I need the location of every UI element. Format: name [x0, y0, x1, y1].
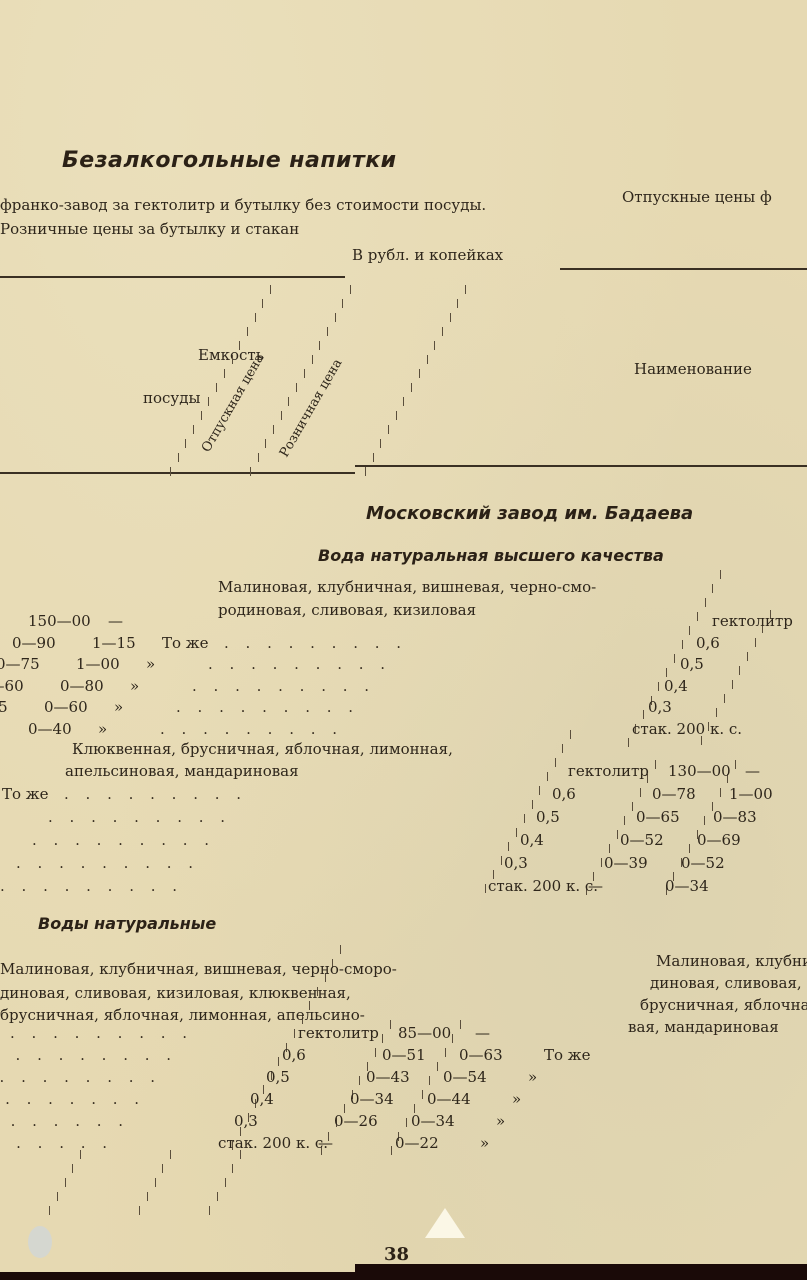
column-rule-segment: [225, 1178, 226, 1187]
ditto-label: »: [146, 655, 155, 673]
retail-price-cell: 0—83: [713, 808, 757, 826]
column-rule-segment: [375, 1048, 376, 1057]
retail-price-header: Розничная цена: [277, 357, 345, 460]
column-rule-segment: [601, 858, 602, 867]
column-rule-segment: [465, 285, 466, 294]
column-rule-segment: [640, 788, 641, 797]
capacity-cell: 0,6: [552, 785, 576, 803]
column-rule-segment: [516, 828, 517, 837]
retail-price-cell: 0—34: [665, 877, 709, 895]
capacity-header-line-2: посуды: [143, 389, 200, 407]
retail-price-cell: 0—80: [60, 677, 104, 695]
leader-dots: . . . . . . . . . . . . . . . .: [0, 877, 180, 895]
ditto-label: »: [512, 1090, 521, 1108]
page-title: Безалкогольные напитки: [62, 148, 397, 173]
column-rule-segment: [155, 1178, 156, 1187]
leader-dots: . . . . . . . . . . . . . . . .: [208, 655, 388, 673]
retail-price-cell: 1—15: [92, 634, 136, 652]
column-rule-segment: [57, 1192, 58, 1201]
column-rule-segment: [209, 1206, 210, 1215]
capacity-cell: 0,5: [266, 1068, 290, 1086]
column-rule-segment: [720, 570, 721, 579]
capacity-cell: 0,3: [504, 854, 528, 872]
column-rule-segment: [427, 355, 428, 364]
wholesale-price-cell: 130—00: [668, 762, 731, 780]
leader-dots: . . . . . . . . . . . . . . . .: [32, 831, 212, 849]
column-rule-segment: [697, 612, 698, 621]
ditto-label: »: [528, 1068, 537, 1086]
column-rule-segment: [624, 816, 625, 825]
page-number: 38: [384, 1244, 409, 1265]
column-rule-segment: [162, 1164, 163, 1173]
column-rule-segment: [445, 1048, 446, 1057]
leader-dots: . . . . . . . . . . . . . . . .: [0, 1112, 126, 1130]
group-3-name-line-1-right: Малиновая, клубничная, вишневая, черно-с…: [656, 952, 807, 970]
wholesale-price-cell: 0—60: [0, 677, 24, 695]
column-rule-segment: [755, 638, 756, 647]
column-rule-segment: [739, 666, 740, 675]
column-rule-segment: [419, 369, 420, 378]
section-heading-2: Воды натуральные: [38, 914, 216, 933]
wholesale-price-cell: 0—78: [652, 785, 696, 803]
column-rule-segment: [373, 453, 374, 462]
scan-glare: [425, 1208, 465, 1238]
name-header: Наименование: [634, 360, 752, 378]
column-rule-segment: [201, 411, 202, 420]
wholesale-price-cell: 0—75: [0, 655, 40, 673]
column-rule-segment: [281, 411, 282, 420]
group-1-name-line-1: Малиновая, клубничная, вишневая, черно-с…: [218, 578, 596, 596]
column-rule-segment: [185, 439, 186, 448]
column-rule-segment: [270, 285, 271, 294]
wholesale-price-cell: 0—43: [366, 1068, 410, 1086]
ditto-label: »: [480, 1134, 489, 1152]
column-rule-segment: [704, 816, 705, 825]
wholesale-price-cell: 0—39: [604, 854, 648, 872]
column-rule-segment: [388, 425, 389, 434]
retail-price-cell: —: [475, 1024, 490, 1042]
leader-dots: . . . . . . . . . . . . . . . .: [48, 808, 228, 826]
retail-price-cell: —: [745, 762, 760, 780]
producer-heading: Московский завод им. Бадаева: [366, 503, 693, 524]
leader-dots: . . . . . . . . . . . . . . . .: [176, 698, 356, 716]
retail-price-cell: 1—00: [76, 655, 120, 673]
column-rule-segment: [382, 1034, 383, 1043]
capacity-cell: 0,5: [680, 655, 704, 673]
leader-dots: . . . . . . . . . . . . . . . .: [224, 634, 404, 652]
column-rule-segment: [178, 453, 179, 462]
column-rule-segment: [312, 355, 313, 364]
group-3-name-line-4-right: вая, мандариновая: [628, 1018, 779, 1036]
column-rule-segment: [288, 397, 289, 406]
column-rule-segment: [712, 584, 713, 593]
group-2-name-line-1: Клюквенная, брусничная, яблочная, лимонн…: [72, 740, 453, 758]
header-bottom-rule-left: [0, 472, 355, 474]
column-rule-segment: [335, 313, 336, 322]
group-3-name-line-3-right: брусничная, яблочная, лимонная, апельсин…: [640, 996, 807, 1014]
column-rule-segment: [555, 758, 556, 767]
column-rule-segment: [390, 1020, 391, 1029]
column-rule-segment: [570, 730, 571, 739]
column-rule-segment: [72, 1164, 73, 1173]
column-rule-segment: [294, 1029, 295, 1038]
units-note: В рубл. и копейках: [352, 246, 503, 264]
column-rule-segment: [380, 439, 381, 448]
retail-price-cell: 0—54: [443, 1068, 487, 1086]
capacity-cell: 0,4: [250, 1090, 274, 1108]
column-rule-segment: [139, 1206, 140, 1215]
capacity-cell: 0,6: [696, 634, 720, 652]
wholesale-price-cell: 0—90: [12, 634, 56, 652]
column-rule-segment: [747, 652, 748, 661]
column-rule-segment: [457, 299, 458, 308]
column-rule-segment: [49, 1206, 50, 1215]
column-rule-segment: [170, 1150, 171, 1159]
capacity-cell: 0,5: [536, 808, 560, 826]
column-rule-segment: [208, 397, 209, 406]
section-heading-1: Вода натуральная высшего качества: [318, 546, 664, 565]
ditto-label: То же: [544, 1046, 590, 1064]
capacity-cell: стак. 200 к. с.: [632, 720, 742, 738]
column-rule-segment: [460, 1020, 461, 1029]
column-rule-segment: [609, 844, 610, 853]
price-note-line-1: франко-завод за гектолитр и бутылку без …: [0, 196, 486, 214]
wholesale-price-cell: 0—45: [0, 698, 8, 716]
column-rule-segment: [342, 299, 343, 308]
column-rule-segment: [247, 327, 248, 336]
wholesale-price-cell: 0—26: [334, 1112, 378, 1130]
leader-dots: . . . . . . . . . . . . . . . .: [160, 720, 340, 738]
header-rule-left: [0, 276, 345, 278]
group-3-name-line-2-left: диновая, сливовая, кизиловая, клюквенная…: [0, 984, 351, 1002]
column-rule-segment: [658, 682, 659, 691]
column-rule-segment: [434, 341, 435, 350]
column-rule-segment: [391, 1146, 392, 1155]
leader-dots: . . . . . . . . . . . . . . . .: [192, 677, 372, 695]
group-3-name-line-2-right: диновая, сливовая, кизиловая, клюквенная…: [650, 974, 807, 992]
column-rule-segment: [628, 738, 629, 747]
column-rule-segment: [720, 788, 721, 797]
column-rule-segment: [193, 425, 194, 434]
column-rule-segment: [365, 467, 366, 476]
wholesale-price-cell: —: [318, 1134, 333, 1152]
wholesale-price-cell: 0—34: [350, 1090, 394, 1108]
column-rule-segment: [239, 341, 240, 350]
ditto-label: »: [114, 698, 123, 716]
column-rule-segment: [411, 383, 412, 392]
column-rule-segment: [147, 1192, 148, 1201]
column-rule-segment: [422, 1090, 423, 1099]
column-rule-segment: [327, 327, 328, 336]
column-rule-segment: [674, 654, 675, 663]
column-rule-segment: [437, 1062, 438, 1071]
group-1-name-line-2: родиновая, сливовая, кизиловая: [218, 601, 476, 619]
column-rule-segment: [265, 439, 266, 448]
leader-dots: . . . . . . . . . . . . . . . .: [16, 854, 196, 872]
column-rule-segment: [217, 1192, 218, 1201]
column-rule-segment: [539, 786, 540, 795]
column-rule-segment: [643, 710, 644, 719]
column-rule-segment: [735, 760, 736, 769]
group-3-name-line-1-left: Малиновая, клубничная, вишневая, черно-с…: [0, 960, 397, 978]
column-rule-segment: [485, 884, 486, 893]
header-rule-right: [560, 268, 807, 270]
column-rule-segment: [689, 844, 690, 853]
column-rule-segment: [655, 760, 656, 769]
header-bottom-rule-right: [355, 465, 807, 467]
retail-price-cell: 0—52: [681, 854, 725, 872]
leader-dots: . . . . . . . . . . . . . . . .: [0, 1046, 174, 1064]
price-note-line-2: Розничные цены за бутылку и стакан: [0, 220, 299, 238]
column-rule-segment: [562, 744, 563, 753]
column-rule-segment: [216, 383, 217, 392]
wholesale-price-cell: 0—52: [620, 831, 664, 849]
column-rule-segment: [304, 369, 305, 378]
column-rule-segment: [724, 694, 725, 703]
column-rule-segment: [403, 397, 404, 406]
column-rule-segment: [508, 842, 509, 851]
column-rule-segment: [340, 945, 341, 954]
column-rule-segment: [396, 411, 397, 420]
column-rule-segment: [429, 1076, 430, 1085]
scan-artifact-blob: [28, 1226, 52, 1258]
column-rule-segment: [273, 425, 274, 434]
column-rule-segment: [319, 341, 320, 350]
column-rule-segment: [232, 1164, 233, 1173]
column-rule-segment: [258, 453, 259, 462]
column-rule-segment: [689, 626, 690, 635]
capacity-cell: 0,3: [234, 1112, 258, 1130]
column-rule-segment: [224, 369, 225, 378]
column-rule-segment: [65, 1178, 66, 1187]
retail-price-cell: 0—63: [459, 1046, 503, 1064]
column-rule-segment: [278, 1057, 279, 1066]
column-rule-segment: [406, 1118, 407, 1127]
capacity-cell: стак. 200 к. с.: [218, 1134, 328, 1152]
column-rule-segment: [170, 467, 171, 476]
ditto-label: »: [496, 1112, 505, 1130]
column-rule-segment: [350, 285, 351, 294]
retail-price-cell: 0—40: [28, 720, 72, 738]
column-rule-segment: [296, 383, 297, 392]
column-rule-segment: [547, 772, 548, 781]
column-rule-segment: [232, 355, 233, 364]
column-rule-segment: [359, 1076, 360, 1085]
column-rule-segment: [501, 856, 502, 865]
retail-price-cell: 0—69: [697, 831, 741, 849]
wholesale-price-cell: 85—00: [398, 1024, 451, 1042]
column-rule-segment: [532, 800, 533, 809]
retail-price-cell: —: [108, 612, 123, 630]
column-rule-segment: [524, 814, 525, 823]
column-rule-segment: [716, 708, 717, 717]
column-rule-segment: [255, 313, 256, 322]
column-rule-segment: [262, 299, 263, 308]
wholesale-price-cell: —: [588, 877, 603, 895]
leader-dots: . . . . . . . . . . . . . . . .: [64, 785, 244, 803]
leader-dots: . . . . . . . . . . . . . . . .: [0, 1068, 158, 1086]
column-rule-segment: [682, 640, 683, 649]
retail-price-cell: 0—60: [44, 698, 88, 716]
leader-dots: . . . . . . . . . . . . . . . .: [0, 1134, 110, 1152]
ditto-label: »: [130, 677, 139, 695]
retail-price-cell: 0—44: [427, 1090, 471, 1108]
scan-edge-bottom: [0, 1272, 807, 1280]
retail-price-cell: 0—22: [395, 1134, 439, 1152]
column-rule-segment: [632, 802, 633, 811]
column-rule-segment: [705, 598, 706, 607]
column-rule-segment: [452, 1034, 453, 1043]
ditto-label: »: [98, 720, 107, 738]
capacity-cell: гектолитр: [298, 1024, 379, 1042]
column-rule-segment: [732, 680, 733, 689]
retail-price-cell: 0—34: [411, 1112, 455, 1130]
wholesale-price-cell: 0—51: [382, 1046, 426, 1064]
group-2-name-line-2: апельсиновая, мандариновая: [65, 762, 299, 780]
wholesale-price-cell: 150—00: [28, 612, 91, 630]
capacity-cell: 0,6: [282, 1046, 306, 1064]
wholesale-price-cell: 0—65: [636, 808, 680, 826]
ditto-label: То же: [162, 634, 208, 652]
capacity-cell: 0,4: [664, 677, 688, 695]
capacity-cell: стак. 200 к. с.: [488, 877, 598, 895]
retail-price-cell: 1—00: [729, 785, 773, 803]
column-rule-segment: [450, 313, 451, 322]
capacity-cell: гектолитр: [712, 612, 793, 630]
price-note-line-1-right: Отпускные цены ф: [622, 188, 772, 206]
ditto-label: То же: [2, 785, 48, 803]
leader-dots: . . . . . . . . . . . . . . . .: [10, 1024, 190, 1042]
capacity-cell: 0,4: [520, 831, 544, 849]
column-rule-segment: [442, 327, 443, 336]
group-3-name-line-3-left: брусничная, яблочная, лимонная, апельсин…: [0, 1006, 365, 1024]
capacity-cell: 0,3: [648, 698, 672, 716]
leader-dots: . . . . . . . . . . . . . . . .: [0, 1090, 142, 1108]
column-rule-segment: [617, 830, 618, 839]
column-rule-segment: [250, 467, 251, 476]
capacity-cell: гектолитр: [568, 762, 649, 780]
